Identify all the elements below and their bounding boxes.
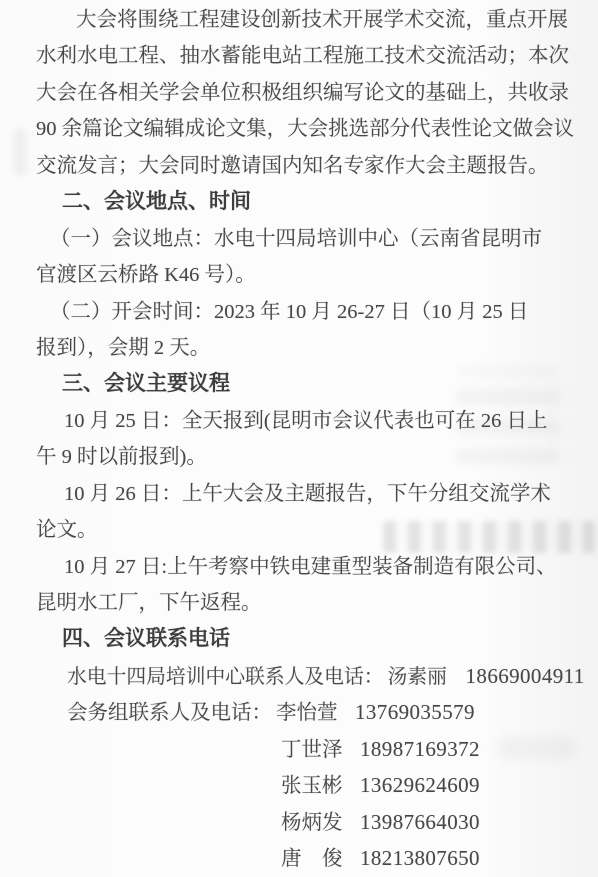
contact-name: 丁世泽 <box>281 732 343 768</box>
contact-phone: 18987169372 <box>360 737 480 761</box>
contact-name: 李怡萱 <box>276 695 338 731</box>
intro-line-3: 大会在各相关学会单位积极组织编写论文的基础上，共收录 <box>36 75 598 111</box>
intro-line-1: 大会将围绕工程建设创新技术开展学术交流，重点开展 <box>76 2 598 38</box>
contact-name: 汤素丽 <box>388 659 450 695</box>
time-line-cont: 报到），会期 2 天。 <box>36 330 598 366</box>
contact-phone: 13629624609 <box>360 773 480 797</box>
address-line: 官渡区云桥路 K46 号）。 <box>36 257 598 293</box>
training-center-contact-line: 水电十四局培训中心联系人及电话：汤素丽18669004911 <box>67 658 598 694</box>
contact-name: 张玉彬 <box>281 768 343 804</box>
agenda-oct25-cont: 午 9 时以前报到)。 <box>36 439 598 475</box>
venue-line: （一）会议地点：水电十四局培训中心（云南省昆明市 <box>50 221 598 257</box>
contact-name: 杨炳发 <box>281 805 343 841</box>
intro-line-2: 水利水电工程、抽水蓄能电站工程施工技术交流活动；本次 <box>36 38 598 74</box>
intro-line-5: 交流发言；大会同时邀请国内知名专家作大会主题报告。 <box>36 148 598 184</box>
contact-row: 唐 俊18213807650 <box>281 840 598 876</box>
contact-row: 丁世泽18987169372 <box>281 731 598 767</box>
agenda-oct26-cont: 论文。 <box>36 512 598 548</box>
group-contact-line: 会务组联系人及电话：李怡萱13769035579 <box>67 694 598 730</box>
contact-name: 唐 俊 <box>281 841 343 877</box>
scan-smudge <box>14 128 27 176</box>
time-line: （二）开会时间：2023 年 10 月 26-27 日（10 月 25 日 <box>50 294 598 330</box>
contact-row: 杨炳发13987664030 <box>281 804 598 840</box>
section-heading-agenda: 三、会议主要议程 <box>62 366 598 402</box>
agenda-oct26-line: 10 月 26 日：上午大会及主题报告，下午分组交流学术 <box>64 476 598 512</box>
agenda-oct25-line: 10 月 25 日：全天报到(昆明市会议代表也可在 26 日上 <box>64 403 598 439</box>
agenda-oct27-line: 10 月 27 日:上午考察中铁电建重型装备制造有限公司、 <box>64 549 598 585</box>
intro-line-4: 90 余篇论文编辑成论文集，大会挑选部分代表性论文做会议 <box>36 111 598 147</box>
group-contact-label: 会务组联系人及电话： <box>67 702 272 724</box>
contact-phone: 13769035579 <box>355 700 475 724</box>
section-heading-venue-time: 二、会议地点、时间 <box>62 184 598 220</box>
contact-row: 张玉彬13629624609 <box>281 767 598 803</box>
section-heading-contacts: 四、会议联系电话 <box>62 621 598 657</box>
agenda-oct27-cont: 昆明水工厂，下午返程。 <box>36 585 598 621</box>
document-page: 大会将围绕工程建设创新技术开展学术交流，重点开展 水利水电工程、抽水蓄能电站工程… <box>0 0 598 877</box>
contact-phone: 13987664030 <box>360 810 480 834</box>
contact-phone: 18213807650 <box>360 846 480 870</box>
contact-phone: 18669004911 <box>466 664 585 688</box>
training-center-contact-label: 水电十四局培训中心联系人及电话： <box>67 666 384 688</box>
